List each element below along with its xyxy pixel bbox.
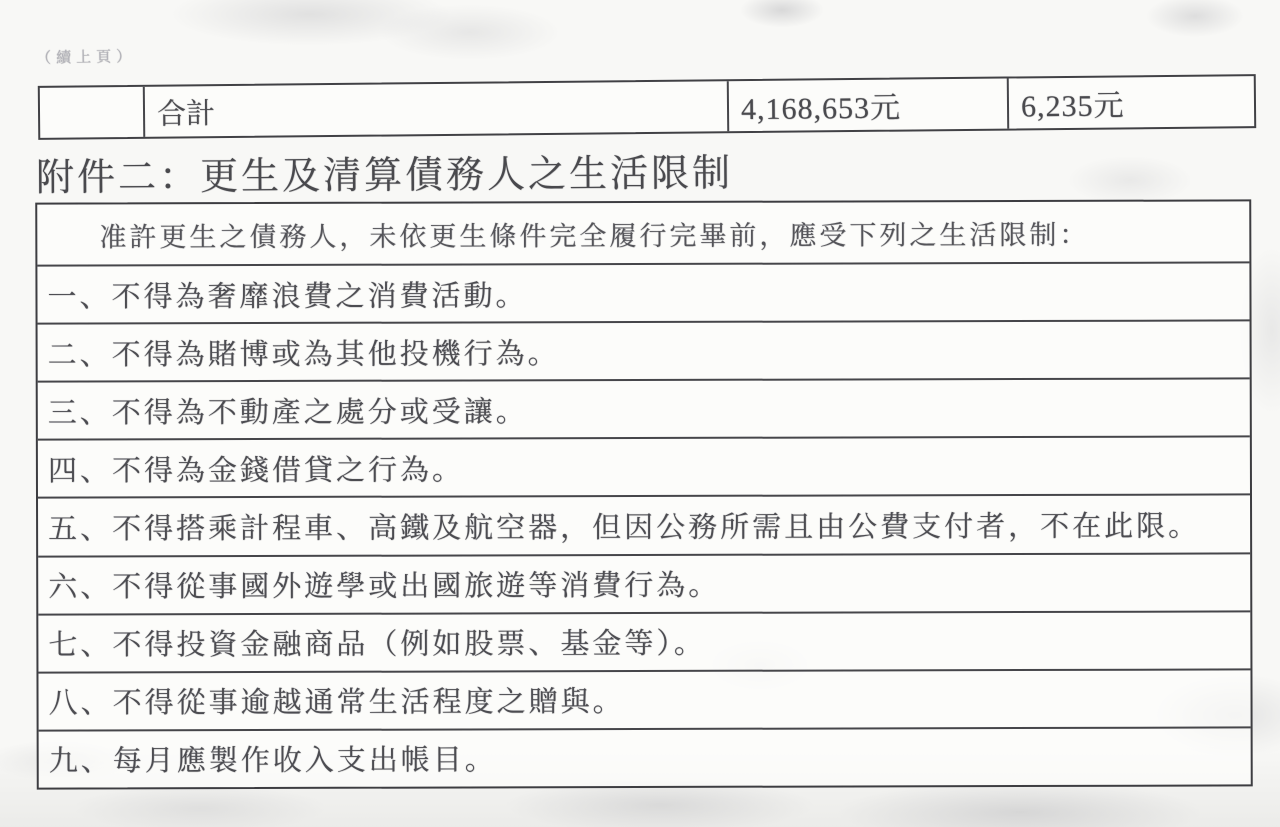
restriction-item-text: 六、不得從事國外遊學或出國旅遊等消費行為。 [48,563,720,606]
restriction-item-4: 四、不得為金錢借貸之行為。 [38,436,1250,497]
restriction-item-3: 三、不得為不動產之處分或受讓。 [38,378,1250,439]
restrictions-header-row: 准許更生之債務人，未依更生條件完全履行完畢前，應受下列之生活限制： [37,201,1249,264]
scanned-document-page: （續上頁） 合計 4,168,653元 6,235元 附件二：更生及清算債務人之… [0,0,1280,827]
restriction-item-text: 九、每月應製作收入支出帳目。 [49,738,497,780]
restrictions-header-text: 准許更生之債務人，未依更生條件完全履行完畢前，應受下列之生活限制： [99,212,1089,254]
restriction-item-text: 七、不得投資金融商品（例如股票、基金等）。 [48,621,706,664]
summary-total-amount: 4,168,653元 [727,79,1007,132]
restriction-item-text: 一、不得為奢靡浪費之消費活動。 [47,273,527,315]
attachment-title: 附件二：更生及清算債務人之生活限制 [36,142,733,202]
restriction-item-1: 一、不得為奢靡浪費之消費活動。 [37,261,1249,322]
restriction-item-text: 四、不得為金錢借貸之行為。 [48,447,464,489]
restrictions-table: 准許更生之債務人，未依更生條件完全履行完畢前，應受下列之生活限制： 一、不得為奢… [35,199,1253,789]
summary-secondary-amount: 6,235元 [1007,76,1258,128]
restriction-item-text: 二、不得為賭博或為其他投機行為。 [48,331,560,373]
restriction-item-text: 三、不得為不動產之處分或受讓。 [48,389,528,431]
restriction-item-5: 五、不得搭乘計程車、高鐵及航空器，但因公務所需且由公費支付者，不在此限。 [38,494,1250,555]
restriction-item-6: 六、不得從事國外遊學或出國旅遊等消費行為。 [38,552,1250,613]
restriction-item-text: 八、不得從事逾越通常生活程度之贈與。 [48,679,624,722]
continued-from-previous-page-note: （續上頁） [36,45,136,68]
restriction-item-2: 二、不得為賭博或為其他投機行為。 [38,320,1250,381]
restriction-item-text: 五、不得搭乘計程車、高鐵及航空器，但因公務所需且由公費支付者，不在此限。 [48,504,1200,548]
restriction-item-8: 八、不得從事逾越通常生活程度之贈與。 [38,668,1250,729]
restriction-item-7: 七、不得投資金融商品（例如股票、基金等）。 [38,610,1250,671]
restriction-item-9: 九、每月應製作收入支出帳目。 [39,726,1251,787]
summary-spacer-cell [40,87,143,138]
summary-total-label: 合計 [143,81,727,137]
summary-total-table: 合計 4,168,653元 6,235元 [38,74,1256,140]
